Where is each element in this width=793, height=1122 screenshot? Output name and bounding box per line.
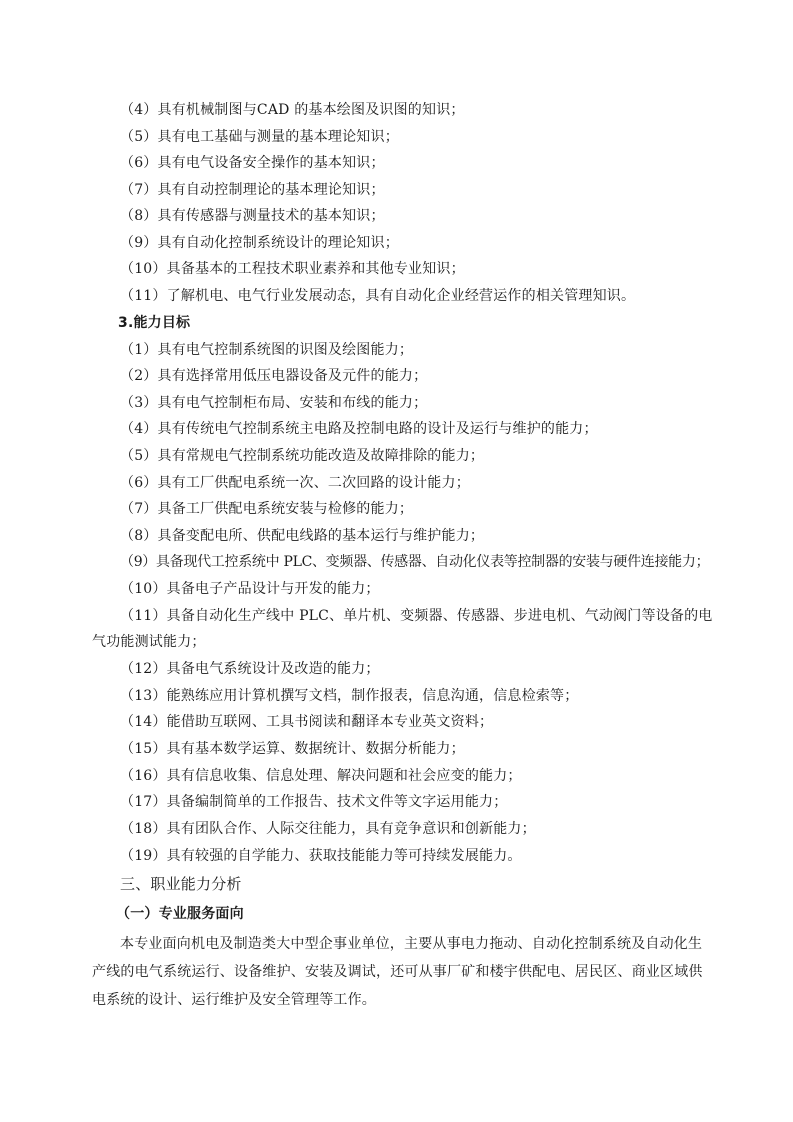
- paragraph-line-2: 产线的电气系统运行、设备维护、安装及调试，还可从事厂矿和楼宇供配电、居民区、商业…: [92, 962, 703, 982]
- knowledge-item-7: （7）具有自动控制理论的基本理论知识；: [120, 180, 385, 200]
- ability-item-19: （19）具有较强的自学能力、获取技能能力等可持续发展能力。: [120, 846, 522, 866]
- ability-item-6: （6）具有工厂供配电系统一次、二次回路的设计能力；: [120, 473, 470, 493]
- paragraph-line-1: 本专业面向机电及制造类大中型企事业单位，主要从事电力拖动、自动化控制系统及自动化…: [120, 934, 702, 954]
- ability-item-12: （12）具备电气系统设计及改造的能力；: [120, 659, 380, 679]
- knowledge-item-4: （4）具有机械制图与CAD 的基本绘图及识图的知识；: [120, 100, 465, 120]
- ability-item-9: （9）具备现代工控系统中 PLC、变频器、传感器、自动化仪表等控制器的安装与硬件…: [120, 552, 709, 572]
- knowledge-item-6: （6）具有电气设备安全操作的基本知识；: [120, 153, 385, 173]
- knowledge-item-5: （5）具有电工基础与测量的基本理论知识；: [120, 127, 399, 147]
- ability-item-17: （17）具备编制简单的工作报告、技术文件等文字运用能力；: [120, 792, 507, 812]
- section-title: 三、职业能力分析: [120, 874, 242, 894]
- ability-item-10: （10）具备电子产品设计与开发的能力；: [120, 579, 380, 599]
- ability-item-11: （11）具备自动化生产线中 PLC、单片机、变频器、传感器、步进电机、气动阀门等…: [120, 606, 713, 626]
- ability-item-14: （14）能借助互联网、工具书阅读和翻译本专业英文资料；: [120, 712, 493, 732]
- paragraph-line-3: 电系统的设计、运行维护及安全管理等工作。: [92, 990, 376, 1010]
- ability-item-1: （1）具有电气控制系统图的识图及绘图能力；: [120, 340, 413, 360]
- ability-item-7: （7）具备工厂供配电系统安装与检修的能力；: [120, 499, 413, 519]
- ability-item-8: （8）具备变配电所、供配电线路的基本运行与维护能力；: [120, 526, 484, 546]
- knowledge-item-9: （9）具有自动化控制系统设计的理论知识；: [120, 233, 399, 253]
- ability-item-11-continued: 气功能测试能力；: [92, 632, 206, 652]
- ability-heading: 3.能力目标: [118, 313, 190, 333]
- ability-item-4: （4）具有传统电气控制系统主电路及控制电路的设计及运行与维护的能力；: [120, 419, 598, 439]
- knowledge-item-10: （10）具备基本的工程技术职业素养和其他专业知识；: [120, 259, 465, 279]
- knowledge-item-8: （8）具有传感器与测量技术的基本知识；: [120, 206, 385, 226]
- ability-item-5: （5）具有常规电气控制系统功能改造及故障排除的能力；: [120, 446, 484, 466]
- ability-item-15: （15）具有基本数学运算、数据统计、数据分析能力；: [120, 739, 465, 759]
- ability-item-16: （16）具有信息收集、信息处理、解决问题和社会应变的能力；: [120, 766, 522, 786]
- ability-item-13: （13）能熟练应用计算机撰写文档，制作报表，信息沟通，信息检索等；: [120, 686, 578, 706]
- knowledge-item-11: （11）了解机电、电气行业发展动态，具有自动化企业经营运作的相关管理知识。: [120, 286, 635, 306]
- subsection-title: （一）专业服务面向: [116, 904, 244, 924]
- document-page: （4）具有机械制图与CAD 的基本绘图及识图的知识； （5）具有电工基础与测量的…: [0, 0, 793, 1122]
- ability-item-2: （2）具有选择常用低压电器设备及元件的能力；: [120, 366, 427, 386]
- ability-item-3: （3）具有电气控制柜布局、安装和布线的能力；: [120, 393, 427, 413]
- ability-item-18: （18）具有团队合作、人际交往能力，具有竞争意识和创新能力；: [120, 819, 536, 839]
